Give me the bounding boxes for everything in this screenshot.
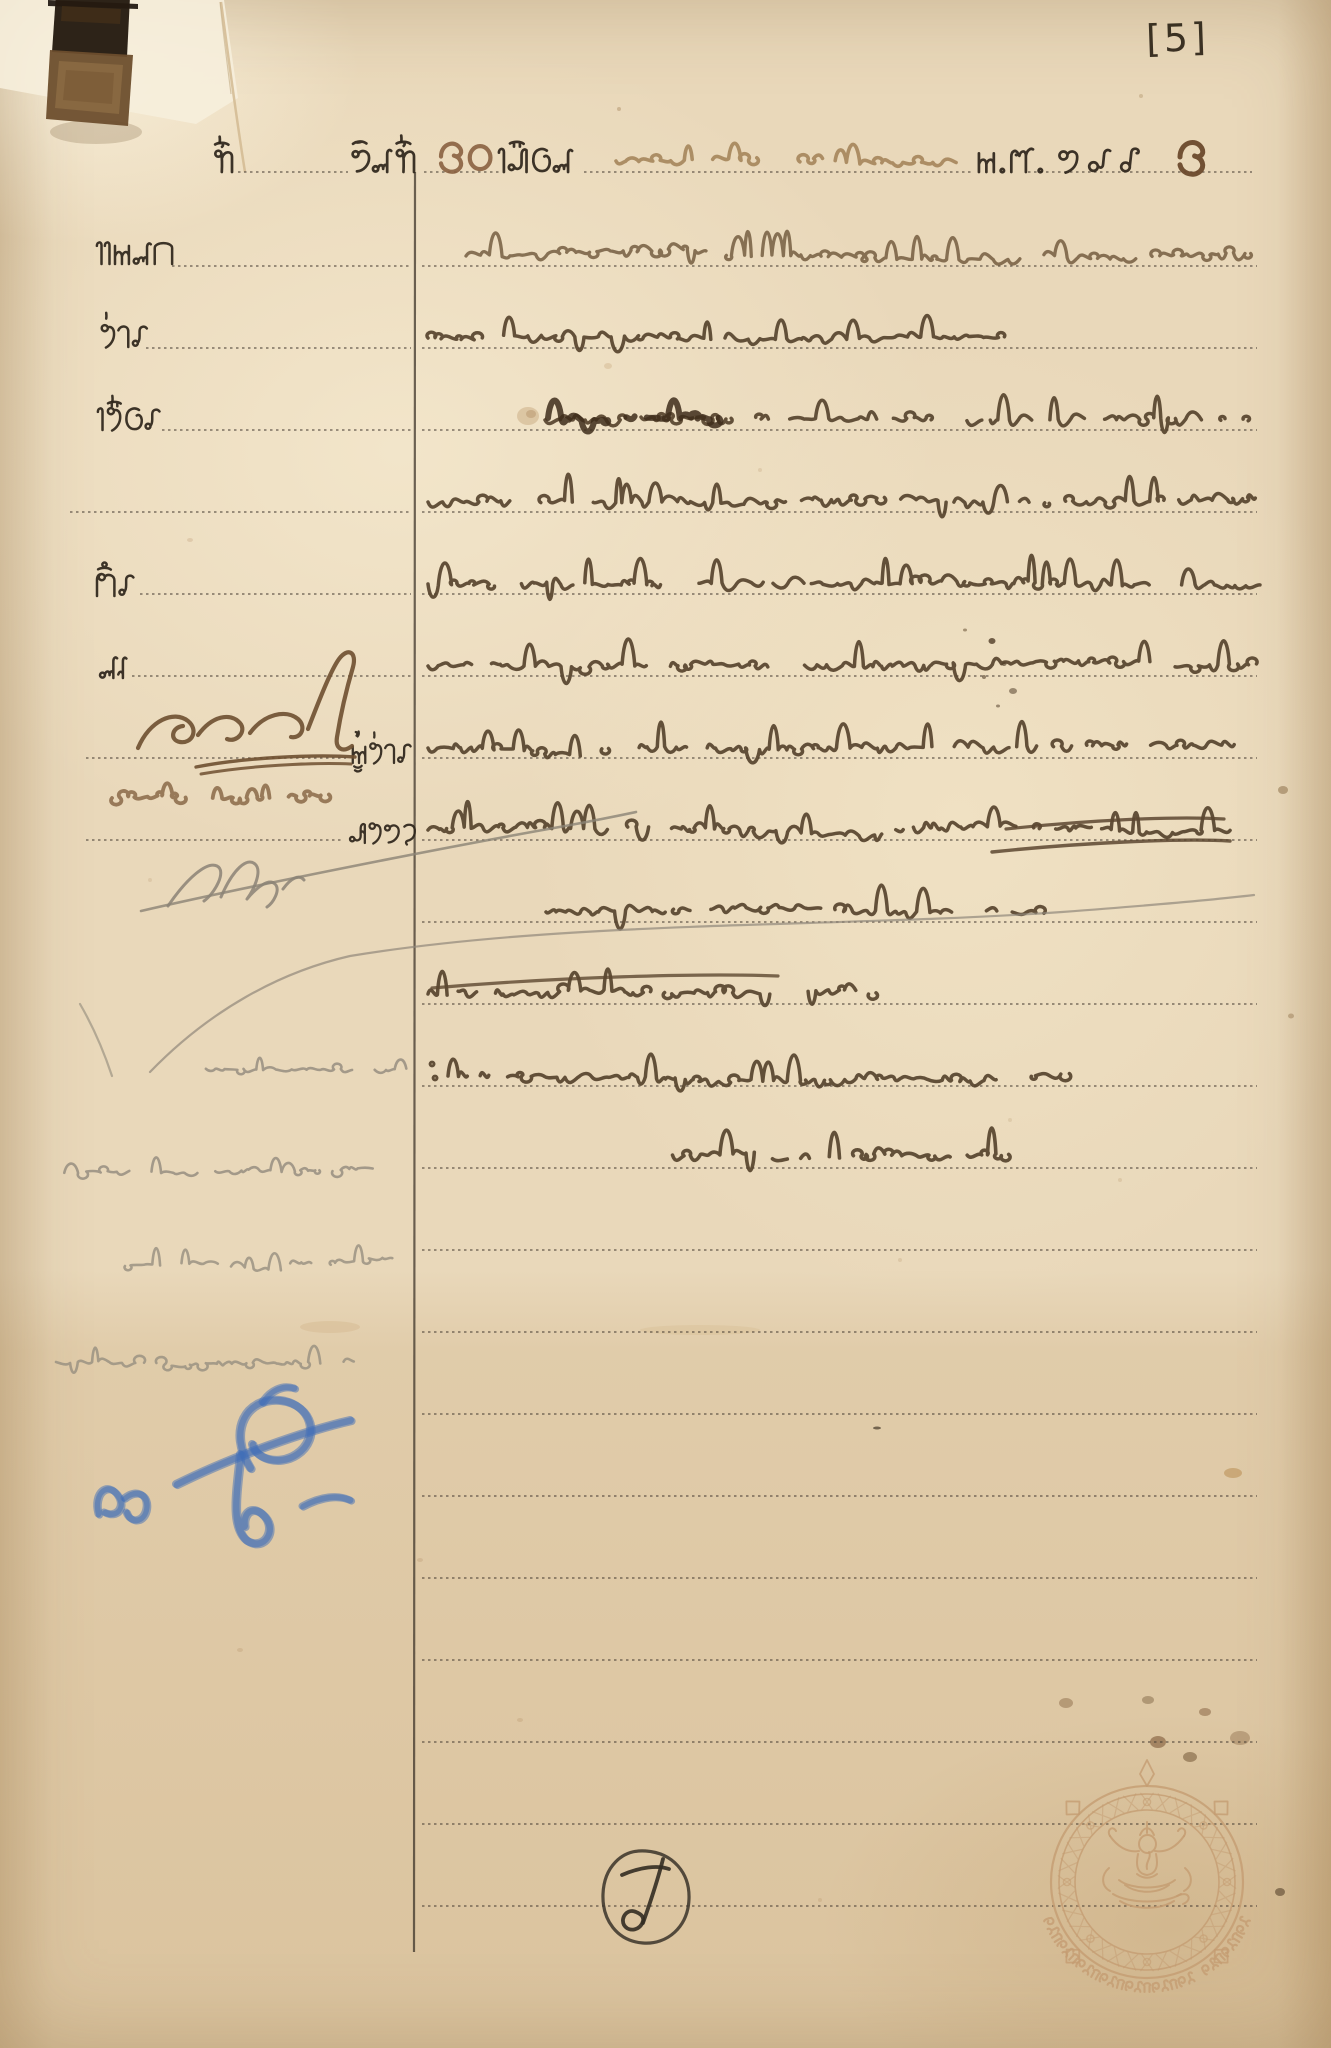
body-line-8	[428, 802, 1230, 843]
body-line-2	[427, 316, 1005, 352]
ink-underline	[992, 840, 1230, 852]
ink-colon-dots	[430, 1062, 437, 1080]
tape-piece	[61, 6, 121, 24]
seal-deity-figure	[1103, 1822, 1191, 1908]
body-line-3	[545, 395, 1249, 433]
glyphs-day-handwritten	[441, 144, 490, 172]
torn-corner-and-tape-residue	[0, 0, 245, 172]
blue-crayon-mark	[98, 1490, 122, 1515]
archive-seal	[1044, 1760, 1251, 1992]
glyphs-no-label	[215, 137, 232, 172]
glyphs-label-checker	[350, 823, 415, 844]
glyphs-label-section	[97, 242, 172, 264]
body-line-1	[466, 231, 1251, 264]
margin-note-3	[125, 1245, 393, 1270]
body-line-6	[428, 639, 1257, 683]
vertical-rule	[414, 172, 415, 1952]
month-script	[616, 143, 956, 166]
scanned-document-page: [5] ที่ วันที่ ๓๐ เดือน ตุลาคม พ.ศ. ๒๔๗ …	[0, 0, 1331, 2048]
drafter-signature	[138, 717, 193, 748]
margin-note-1	[206, 1058, 406, 1074]
pencil-curve	[80, 1004, 112, 1076]
tape-piece	[63, 70, 114, 104]
drafter-signature	[198, 717, 242, 740]
glyphs-year-digit-handwritten	[1180, 142, 1203, 174]
body-line-7	[428, 722, 1253, 763]
body-line-4	[428, 474, 1255, 516]
glyphs-month-label	[499, 142, 572, 172]
document-artwork	[0, 0, 1331, 2048]
margin-note-4	[56, 1346, 354, 1373]
glyphs-date-label	[353, 136, 414, 172]
circled-number-circle	[603, 1851, 689, 1943]
blue-crayon-mark	[178, 1421, 352, 1485]
circled-number-glyph	[623, 1911, 643, 1930]
ruled-lines	[70, 172, 1257, 1906]
drafter-signature	[308, 652, 354, 749]
signature-underline	[201, 763, 351, 774]
drafter-date	[111, 783, 360, 804]
annotation-strokes	[80, 652, 1254, 1943]
stains-and-foxing	[148, 94, 1294, 1902]
body-line-12	[673, 1128, 1011, 1171]
glyphs-label-at	[100, 657, 126, 678]
glyphs-era-label	[979, 149, 1042, 172]
glyphs-label-subject	[98, 396, 160, 431]
glyphs-era-digits	[1059, 149, 1138, 173]
glyphs-label-to	[97, 563, 133, 596]
margin-note-2	[64, 1157, 399, 1178]
glyphs-label-drafter	[353, 732, 411, 772]
glyphs-label-draft	[102, 313, 147, 348]
body-line-3-bold	[548, 400, 720, 431]
body-line-5	[428, 555, 1260, 599]
drafter-signature	[250, 714, 302, 737]
